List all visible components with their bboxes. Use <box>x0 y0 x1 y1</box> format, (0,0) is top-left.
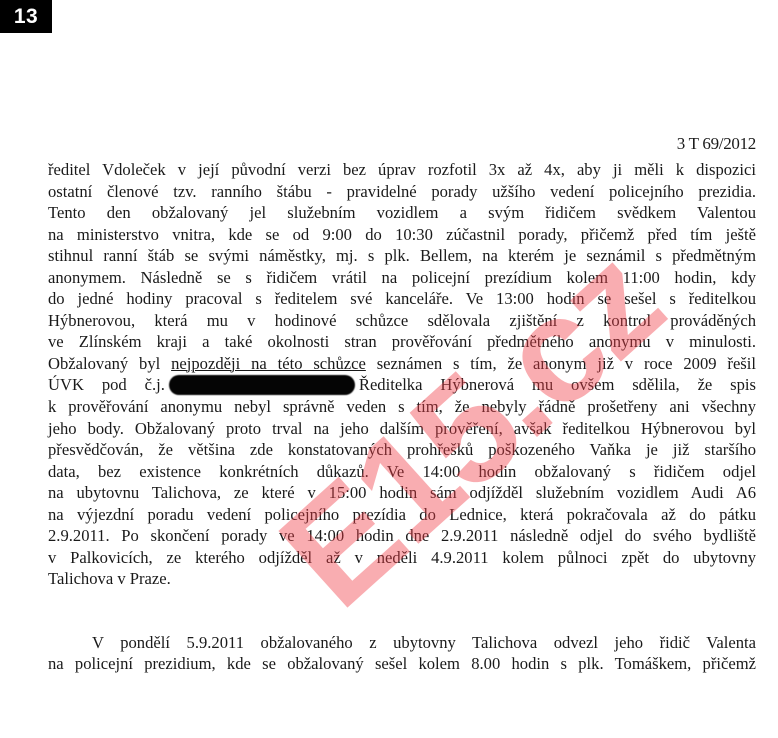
document-body: ředitel Vdoleček v její původní verzi be… <box>48 159 756 675</box>
paragraph-1: ředitel Vdoleček v její původní verzi be… <box>48 159 756 590</box>
text-line: ÚVK pod č.j.Ředitelka Hýbnerová mu ovšem… <box>48 374 756 396</box>
text-fragment: Ředitelka Hýbnerová mu ovšem sdělila, že… <box>359 375 756 394</box>
text-line: na výjezdní poradu vedení policejního pr… <box>48 504 756 526</box>
paragraph-2: V pondělí 5.9.2011 obžalovaného z ubytov… <box>48 632 756 675</box>
text-line: na policejní prezidium, kde se obžalovan… <box>48 653 756 675</box>
text-line: přesvědčován, že většina zde konstatovan… <box>48 439 756 461</box>
text-line: jeho body. Obžalovaný proto trval na jeh… <box>48 418 756 440</box>
paragraph-gap <box>48 590 756 632</box>
text-line: ředitel Vdoleček v její původní verzi be… <box>48 159 756 181</box>
text-line: stihnul ranní štáb se svými náměstky, mj… <box>48 245 756 267</box>
text-line: v Palkovicích, ze kterého odjížděl až v … <box>48 547 756 569</box>
text-line: data, bez existence konkrétních důkazů. … <box>48 461 756 483</box>
text-line: Obžalovaný byl nejpozději na této schůzc… <box>48 353 756 375</box>
text-line: k prověřování anonymu nebyl správně vede… <box>48 396 756 418</box>
case-reference: 3 T 69/2012 <box>677 134 756 154</box>
text-line: na ubytovnu Talichova, ze které v 15:00 … <box>48 482 756 504</box>
page-number-badge: 13 <box>0 0 52 33</box>
text-line: na ministerstvo vnitra, kde se od 9:00 d… <box>48 224 756 246</box>
text-line: do jedné hodiny pracoval s ředitelem své… <box>48 288 756 310</box>
text-line: ostatní členové tzv. ranního štábu - pra… <box>48 181 756 203</box>
text-line: anonymem. Následně se s řidičem vrátil n… <box>48 267 756 289</box>
redaction-mark <box>169 375 355 395</box>
underlined-text: nejpozději na této schůzce <box>171 354 366 373</box>
text-line: Tento den obžalovaný jel služebním vozid… <box>48 202 756 224</box>
text-line: V pondělí 5.9.2011 obžalovaného z ubytov… <box>48 632 756 654</box>
text-line: 2.9.2011. Po skončení porady ve 14:00 ho… <box>48 525 756 547</box>
text-fragment: Obžalovaný byl <box>48 354 171 373</box>
text-line: Talichova v Praze. <box>48 568 756 590</box>
text-fragment: seznámen s tím, že anonym již v roce 200… <box>366 354 756 373</box>
text-line: ve Zlínském kraji a také okolnosti stran… <box>48 331 756 353</box>
text-line: Hýbnerovou, která mu v hodinové schůzce … <box>48 310 756 332</box>
text-fragment: ÚVK pod č.j. <box>48 375 165 394</box>
